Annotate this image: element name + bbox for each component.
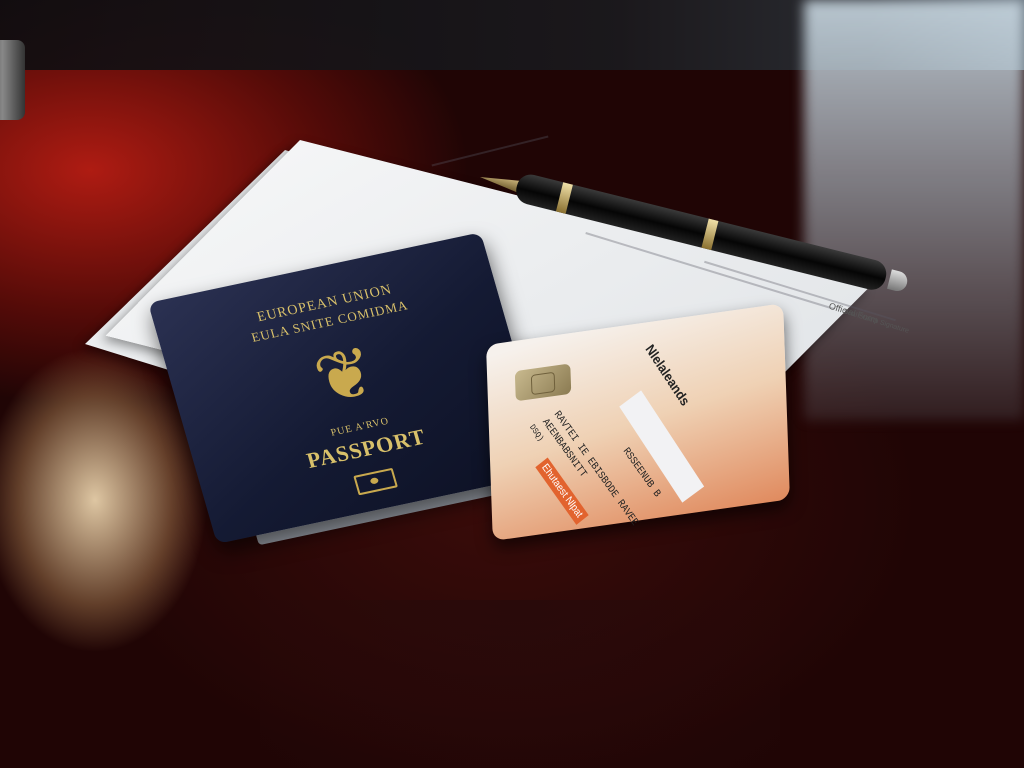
eagle-crest-icon: ❦ bbox=[285, 327, 405, 425]
card-line-1: RAVTEI IE EBISBODE RAVEE bbox=[551, 409, 640, 528]
residence-id-card: Nlelaleands RAVTEI IE EBISBODE RAVEE AEE… bbox=[486, 303, 790, 541]
desk-scene: Official Form Seal Stamp Signature EUROP… bbox=[0, 0, 1024, 768]
card-signature-strip bbox=[619, 390, 704, 502]
desk-lamp bbox=[0, 40, 25, 120]
desk-reflection bbox=[260, 600, 780, 768]
card-chip-icon bbox=[515, 363, 572, 401]
card-country: Nlelaleands bbox=[642, 341, 693, 408]
biometric-chip-icon bbox=[353, 468, 398, 496]
window-light bbox=[804, 0, 1024, 420]
pen-nib bbox=[479, 171, 521, 192]
